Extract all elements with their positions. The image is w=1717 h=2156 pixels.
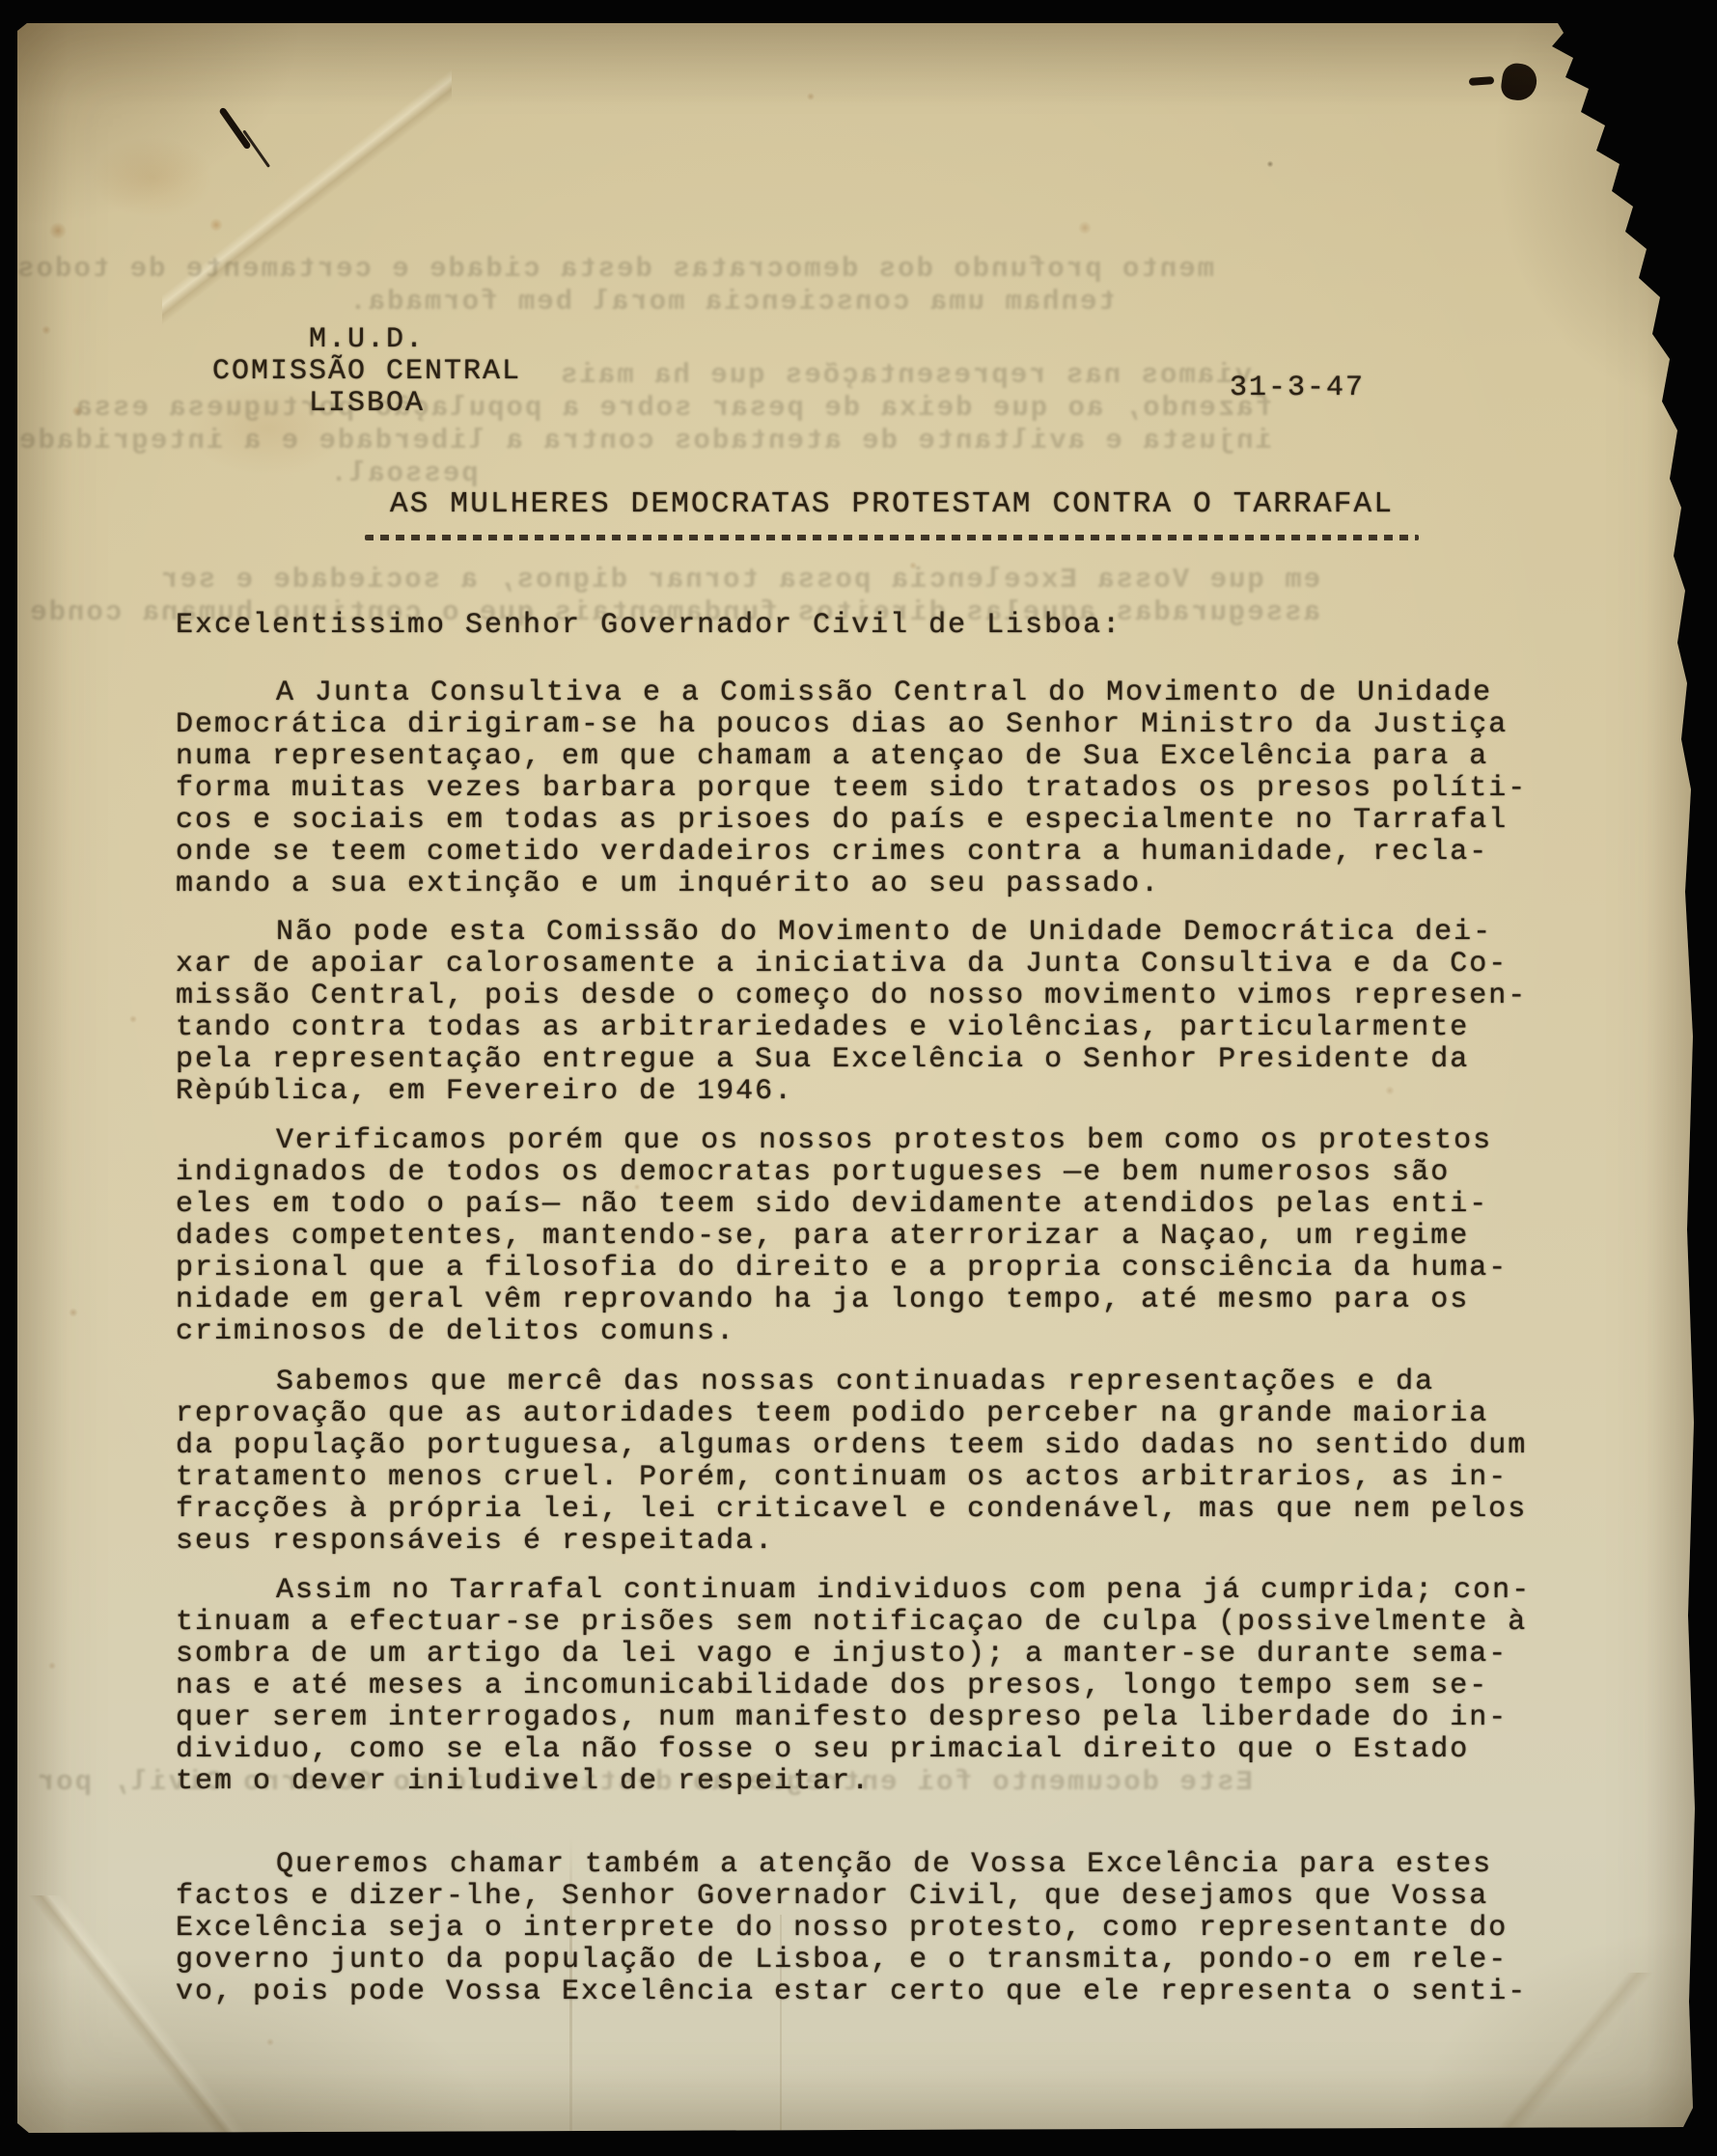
bleedthrough-line: pessoal.	[259, 457, 548, 489]
bleedthrough-line: em que Vossa Excelencia possa tornar dig…	[307, 564, 1320, 595]
letterhead: M.U.D. COMISSÃO CENTRAL LISBOA	[191, 324, 542, 420]
paragraph-6: Queremos chamar também a atenção de Voss…	[176, 1849, 1573, 2008]
pen-stroke-mark	[218, 107, 251, 151]
paragraph-3: Verificamos porém que os nossos protesto…	[176, 1125, 1573, 1348]
ink-dash-mark	[1469, 76, 1494, 86]
paragraph-1: A Junta Consultiva e a Comissão Central …	[176, 677, 1573, 900]
document-title: AS MULHERES DEMOCRATAS PROTESTAM CONTRA …	[390, 488, 1394, 520]
letterhead-city: LISBOA	[309, 387, 425, 420]
paragraph-2: Não pode esta Comissão do Movimento de U…	[176, 917, 1573, 1108]
letter-page: mento profundo dos democratas desta cida…	[17, 23, 1697, 2133]
paragraph-5: Assim no Tarrafal continuam individuos c…	[176, 1575, 1573, 1798]
paragraph-4: Sabemos que mercê das nossas continuadas…	[176, 1367, 1573, 1558]
bleedthrough-line: mento profundo dos democratas desta cida…	[249, 253, 1214, 285]
salutation: Excelentissimo Senhor Governador Civil d…	[176, 610, 1122, 642]
scanned-document-photo: { "document": { "letterhead": { "line1":…	[0, 0, 1717, 2156]
title-underline	[365, 535, 1419, 540]
letterhead-org: M.U.D.	[309, 323, 425, 356]
bleedthrough-line: injusta e aviltante de atentados contra …	[259, 425, 1272, 456]
bleedthrough-line: tenham uma consciencia moral bem formada…	[249, 286, 1214, 318]
ink-blob-mark	[1500, 62, 1539, 103]
letterhead-committee: COMISSÃO CENTRAL	[212, 355, 521, 388]
date: 31-3-47	[1230, 373, 1365, 404]
